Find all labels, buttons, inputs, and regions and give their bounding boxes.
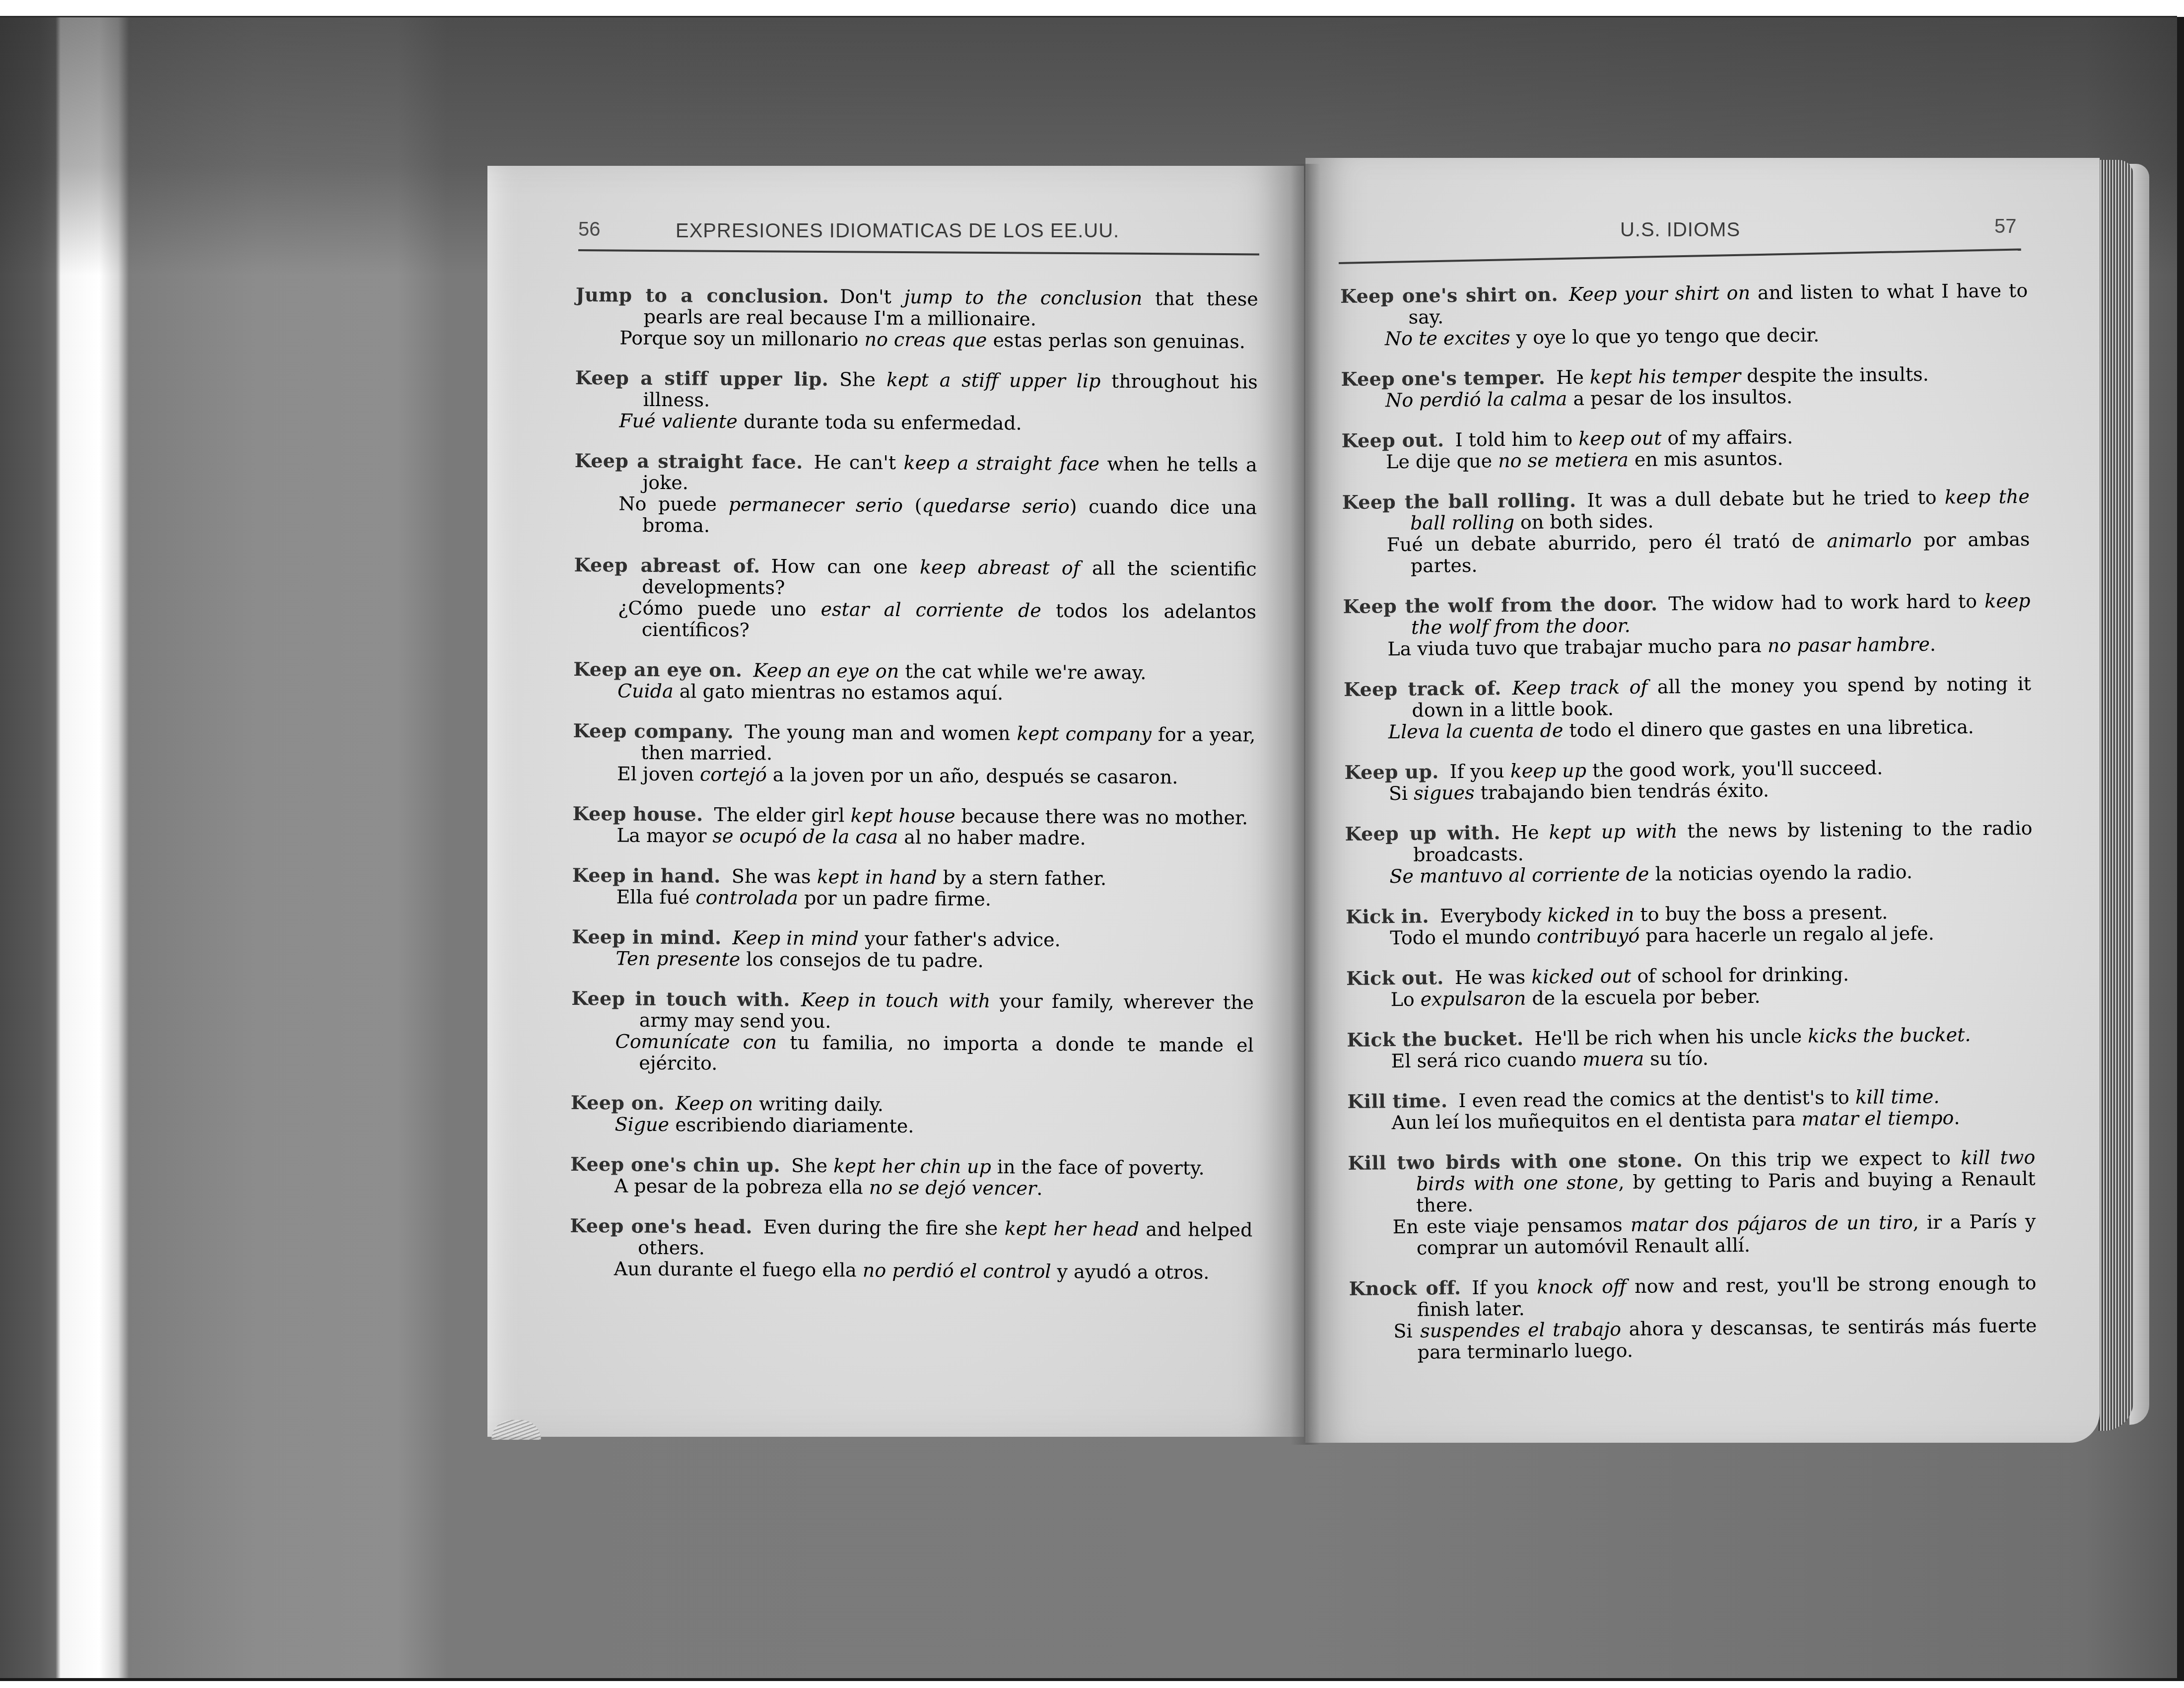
spanish-idiom-italic: no se dejó vencer (869, 1177, 1037, 1199)
english-idiom-italic: keep out (1578, 427, 1661, 449)
idiom-headword: Keep one's head. (570, 1214, 752, 1238)
spanish-text: en mis asuntos. (1629, 447, 1783, 471)
idiom-headword: Keep one's temper. (1341, 366, 1545, 390)
spanish-text: trabajando bien tendrás éxito. (1474, 779, 1769, 803)
spanish-translation: Ten presente los consejos de tu padre. (572, 948, 1254, 973)
spanish-text: y ayudó a otros. (1051, 1261, 1209, 1283)
english-text: Everybody (1440, 904, 1548, 927)
dictionary-entry: Kick the bucket.He'll be rich when his u… (1347, 1023, 2035, 1072)
idiom-headword: Keep abreast of. (574, 554, 760, 577)
spanish-idiom-italic: No te excites (1385, 327, 1510, 350)
dictionary-entry: Keep one's shirt on.Keep your shirt on a… (1340, 280, 2028, 350)
idiom-headword: Knock off. (1349, 1276, 1461, 1300)
dictionary-entry: Keep a straight face.He can't keep a str… (574, 450, 1257, 540)
english-text: The young man and women (745, 721, 1017, 744)
english-idiom-italic: keep a straight face (904, 452, 1100, 475)
dictionary-entry: Keep a stiff upper lip.She kept a stiff … (575, 367, 1258, 435)
spanish-idiom-italic: matar dos pájaros de un tiro (1631, 1211, 1913, 1236)
english-idiom-italic: kill time. (1855, 1086, 1940, 1108)
english-text: It was a dull debate but he tried to (1587, 486, 1945, 511)
english-idiom-italic: Keep in touch with (801, 989, 991, 1012)
spanish-idiom-italic: controlada (695, 886, 798, 909)
english-text: of school for drinking. (1631, 963, 1849, 987)
spanish-text: por un padre firme. (798, 887, 991, 910)
english-text: She (791, 1155, 833, 1177)
idiom-headword: Kill time. (1347, 1089, 1448, 1113)
spanish-translation: Porque soy un millonario no creas que es… (575, 327, 1258, 352)
spanish-text: y oye lo que yo tengo que decir. (1510, 324, 1819, 349)
spanish-text: estas perlas son genuinas. (987, 329, 1245, 352)
english-text: your father's advice. (859, 928, 1061, 951)
spanish-text: La mayor (616, 825, 713, 847)
dictionary-entry: Keep the wolf from the door.The widow ha… (1343, 590, 2031, 660)
spanish-idiom-italic: contribuyó (1537, 925, 1640, 948)
spanish-idiom-italic: estar al corriente de (820, 598, 1041, 622)
spanish-idiom-italic: Cuida (617, 680, 674, 703)
dictionary-entry: Keep the ball rolling.It was a dull deba… (1342, 486, 2030, 577)
english-idiom-italic: kept his temper (1590, 365, 1741, 388)
spanish-idiom-italic: muera (1582, 1048, 1644, 1070)
spanish-translation: La mayor se ocupó de la casa al no haber… (572, 825, 1255, 850)
idiom-headword: Kill two birds with one stone. (1348, 1149, 1683, 1174)
idiom-headword: Keep one's chin up. (570, 1153, 780, 1177)
spanish-translation: Fué un debate aburrido, pero él trató de… (1342, 529, 2030, 577)
english-example: Keep abreast of.How can one keep abreast… (574, 554, 1257, 601)
spanish-text: durante toda su enfermedad. (738, 411, 1022, 434)
spanish-text: La viuda tuvo que trabajar mucho para (1387, 635, 1768, 660)
spanish-text: escribiendo diariamente. (669, 1114, 914, 1137)
spanish-text: . (1930, 633, 1936, 655)
english-example: Jump to a conclusion.Don't jump to the c… (575, 284, 1258, 331)
dictionary-entry: Keep on.Keep on writing daily.Sigue escr… (571, 1092, 1254, 1139)
idiom-headword: Keep a straight face. (575, 449, 803, 473)
dictionary-entry: Kill two birds with one stone.On this tr… (1348, 1146, 2036, 1260)
dictionary-entry: Keep one's temper.He kept his temper des… (1341, 362, 2029, 412)
spanish-idiom-italic: no perdió el control (863, 1260, 1051, 1282)
english-text: on both sides. (1514, 510, 1654, 533)
spanish-text: para hacerle un regalo al jefe. (1639, 922, 1934, 947)
english-example: Keep a straight face.He can't keep a str… (574, 450, 1257, 497)
spanish-idiom-italic: expulsaron (1421, 987, 1526, 1010)
spanish-text: ( (903, 494, 922, 516)
dictionary-entry: Keep out.I told him to keep out of my af… (1342, 424, 2030, 473)
idiom-headword: Keep company. (573, 719, 734, 743)
dictionary-entry: Keep in mind.Keep in mind your father's … (572, 926, 1255, 973)
page-stack (2099, 160, 2133, 1431)
english-text: On this trip we expect to (1694, 1147, 1961, 1171)
spanish-text: a la joven por un año, después se casaro… (767, 764, 1178, 788)
english-idiom-italic: kept her chin up (833, 1155, 991, 1178)
english-idiom-italic: Keep an eye on (753, 659, 899, 682)
english-idiom-italic: kept up with (1549, 820, 1677, 843)
spanish-translation: Cuida al gato mientras no estamos aquí. (573, 680, 1256, 705)
english-example: Keep the ball rolling.It was a dull deba… (1342, 486, 2030, 535)
english-example: Keep track of.Keep track of all the mone… (1344, 673, 2032, 722)
english-idiom-italic: knock off (1537, 1275, 1627, 1298)
idiom-headword: Keep in hand. (572, 864, 721, 887)
spanish-text: ¿Cómo puede uno (618, 597, 821, 620)
english-text: The elder girl (714, 804, 850, 827)
english-example: Keep in touch with.Keep in touch with yo… (571, 987, 1254, 1035)
spanish-idiom-italic: no se metiera (1498, 449, 1629, 472)
spanish-text: En este viaje pensamos (1392, 1214, 1631, 1238)
spanish-text: Si (1393, 1320, 1420, 1342)
english-idiom-italic: kicked out (1531, 965, 1631, 988)
book-gutter (1291, 164, 1320, 1445)
dictionary-entry: Kick out.He was kicked out of school for… (1346, 962, 2034, 1011)
spanish-translation: Si suspendes el trabajo ahora y descansa… (1349, 1315, 2037, 1364)
spanish-idiom-italic: cortejó (700, 764, 767, 786)
running-head-right: U.S. IDIOMS (1601, 219, 1760, 241)
spanish-translation: En este viaje pensamos matar dos pájaros… (1348, 1211, 2036, 1260)
english-text: of my affairs. (1661, 426, 1793, 449)
spanish-idiom-italic: Comunícate con (615, 1031, 777, 1054)
english-example: Keep a stiff upper lip.She kept a stiff … (575, 367, 1258, 414)
english-text: the good work, you'll succeed. (1586, 757, 1883, 781)
idiom-headword: Keep one's shirt on. (1340, 283, 1558, 307)
spanish-idiom-italic: Sigue (615, 1114, 670, 1136)
english-idiom-italic: kicked in (1547, 904, 1634, 926)
english-text: in the face of poverty. (991, 1156, 1205, 1179)
spanish-translation: ¿Cómo puede uno estar al corriente de to… (574, 597, 1256, 644)
spanish-idiom-italic: no pasar hambre (1768, 633, 1930, 657)
spanish-text: Porque soy un millonario (619, 327, 864, 351)
spanish-idiom-italic: quedarse serio (922, 494, 1069, 517)
english-text: The widow had to work hard to (1668, 590, 1984, 615)
spanish-translation: Aun durante el fuego ella no perdió el c… (570, 1258, 1252, 1283)
english-idiom-italic: Keep your shirt on (1569, 282, 1751, 305)
english-text: by a stern father. (937, 866, 1106, 889)
idiom-headword: Keep an eye on. (573, 658, 742, 681)
dictionary-entry: Keep one's head.Even during the fire she… (570, 1215, 1253, 1283)
idiom-headword: Keep track of. (1344, 677, 1501, 701)
spanish-text: Ella fué (616, 886, 695, 909)
english-idiom-italic: kept her head (1005, 1217, 1139, 1240)
english-text: She was (732, 865, 817, 888)
english-example: Keep company.The young man and women kep… (573, 720, 1256, 767)
english-example: Keep the wolf from the door.The widow ha… (1343, 590, 2031, 639)
english-text: Even during the fire she (763, 1216, 1005, 1239)
idiom-headword: Keep in mind. (572, 925, 722, 949)
spanish-text: de la escuela por beber. (1526, 985, 1760, 1009)
english-text: He (1511, 821, 1549, 844)
english-idiom-italic: kept company (1017, 722, 1152, 745)
idiom-headword: Kick the bucket. (1347, 1027, 1524, 1051)
spanish-text: No puede (618, 493, 729, 515)
page-number-right: 57 (1994, 215, 2017, 238)
dictionary-entry: Keep in hand.She was kept in hand by a s… (572, 864, 1255, 912)
page-number-left: 56 (578, 218, 601, 241)
spanish-translation: No puede permanecer serio (quedarse seri… (574, 493, 1257, 540)
spanish-text: los consejos de tu padre. (740, 948, 984, 972)
spanish-idiom-italic: permanecer serio (729, 493, 903, 516)
idiom-headword: Keep in touch with. (571, 987, 790, 1011)
english-example: Keep up with.He kept up with the news by… (1345, 817, 2033, 866)
english-text: because there was no mother. (955, 805, 1248, 829)
idiom-headword: Keep house. (572, 802, 703, 826)
idiom-headword: Kick in. (1346, 905, 1429, 927)
idiom-headword: Keep the ball rolling. (1342, 489, 1576, 513)
english-text: I told him to (1455, 428, 1578, 451)
spanish-translation: Sigue escribiendo diariamente. (571, 1114, 1253, 1139)
idiom-headword: Kick out. (1346, 966, 1444, 989)
spanish-translation: Ella fué controlada por un padre firme. (572, 886, 1254, 912)
english-idiom-italic: kept in hand (817, 866, 937, 888)
dictionary-entry: Kill time.I even read the comics at the … (1347, 1085, 2035, 1134)
english-example: Keep one's head.Even during the fire she… (570, 1215, 1253, 1262)
spanish-text: Si (1389, 782, 1414, 804)
spanish-text: A pesar de la pobreza ella (614, 1175, 869, 1198)
running-head-left: EXPRESIONES IDIOMATICAS DE LOS EE.UU. (676, 220, 1172, 242)
scan-right-edge (2177, 17, 2184, 1678)
spanish-text: Lo (1390, 988, 1421, 1011)
english-text: If you (1472, 1276, 1537, 1299)
spanish-text: Aun durante el fuego ella (614, 1258, 863, 1281)
spanish-idiom-italic: Lleva la cuenta de (1388, 719, 1564, 743)
english-text: the cat while we're away. (899, 660, 1146, 684)
spanish-text: a pesar de los insultos. (1567, 386, 1792, 410)
left-page-entries: Jump to a conclusion.Don't jump to the c… (570, 284, 1258, 1302)
spanish-idiom-italic: Ten presente (616, 948, 741, 971)
spanish-idiom-italic: animarlo (1827, 529, 1912, 552)
spanish-idiom-italic: sigues (1414, 782, 1475, 804)
english-example: Kill two birds with one stone.On this tr… (1348, 1146, 2036, 1217)
dictionary-entry: Knock off.If you knock off now and rest,… (1349, 1272, 2037, 1364)
english-text: all the money you spend by noting it dow… (1412, 673, 2031, 721)
spanish-text: . (1036, 1178, 1042, 1199)
spanish-text: Le dije que (1386, 450, 1498, 473)
dictionary-entry: Kick in.Everybody kicked in to buy the b… (1346, 900, 2034, 949)
idiom-headword: Keep a stiff upper lip. (575, 366, 829, 390)
spanish-text: Fué un debate aburrido, pero él trató de (1386, 530, 1827, 556)
idiom-headword: Jump to a conclusion. (576, 283, 829, 307)
spanish-idiom-italic: Fué valiente (619, 410, 738, 432)
dictionary-entry: Keep house.The elder girl kept house bec… (572, 803, 1255, 850)
english-idiom-italic: kept house (850, 804, 955, 827)
spanish-idiom-italic: suspendes el trabajo (1420, 1318, 1621, 1342)
spanish-text: su tío. (1644, 1048, 1708, 1070)
spanish-text: todo el dinero que gastes en una libreti… (1563, 716, 1974, 741)
idiom-headword: Keep the wolf from the door. (1343, 592, 1657, 618)
english-text: He can't (814, 451, 903, 474)
spanish-idiom-italic: matar el tiempo (1801, 1107, 1954, 1130)
english-text: Don't (840, 285, 904, 308)
english-idiom-italic: jump to the conclusion (904, 286, 1142, 309)
english-text: writing daily. (753, 1093, 884, 1116)
english-idiom-italic: kicks the bucket. (1808, 1024, 1971, 1047)
dictionary-entry: Keep track of.Keep track of all the mone… (1344, 673, 2032, 743)
dictionary-entry: Keep up with.He kept up with the news by… (1345, 817, 2033, 888)
english-idiom-italic: kept a stiff upper lip (887, 369, 1101, 392)
dictionary-entry: Keep company.The young man and women kep… (573, 720, 1256, 788)
idiom-headword: Keep out. (1342, 428, 1444, 452)
spanish-text: la noticias oyendo la radio. (1649, 861, 1912, 885)
spanish-text: Todo el mundo (1390, 926, 1537, 949)
scan-bottom-edge (0, 1678, 2184, 1681)
english-idiom-italic: keep abreast of (920, 556, 1080, 579)
spanish-idiom-italic: se ocupó de la casa (712, 825, 898, 848)
spanish-idiom-italic: Se mantuvo al corriente de (1389, 863, 1649, 888)
english-text: How can one (771, 555, 920, 578)
dictionary-entry: Jump to a conclusion.Don't jump to the c… (575, 284, 1258, 352)
spanish-text: al no haber madre. (898, 826, 1086, 849)
english-idiom-italic: Keep in mind (732, 927, 859, 950)
scan-top-edge (0, 16, 2177, 17)
dictionary-entry: Keep abreast of.How can one keep abreast… (574, 554, 1257, 644)
spanish-idiom-italic: no creas que (864, 329, 987, 352)
english-text: the news by listening to the radio broad… (1413, 817, 2033, 866)
english-idiom-italic: keep up (1510, 760, 1587, 782)
idiom-headword: Keep up with. (1345, 821, 1501, 845)
spanish-translation: El joven cortejó a la joven por un año, … (573, 763, 1255, 788)
english-text: She (839, 368, 887, 391)
spanish-translation: Comunícate con tu familia, no importa a … (571, 1031, 1253, 1077)
dictionary-entry: Keep an eye on.Keep an eye on the cat wh… (573, 658, 1256, 705)
spanish-translation: A pesar de la pobreza ella no se dejó ve… (570, 1175, 1253, 1200)
dictionary-entry: Keep up.If you keep up the good work, yo… (1344, 756, 2032, 805)
english-text: He'll be rich when his uncle (1534, 1025, 1808, 1050)
spanish-translation: Fué valiente durante toda su enfermedad. (575, 410, 1257, 435)
dictionary-entry: Keep in touch with.Keep in touch with yo… (571, 987, 1254, 1077)
english-text: to buy the boss a present. (1634, 901, 1888, 925)
english-text: If you (1450, 760, 1510, 782)
right-page-entries: Keep one's shirt on.Keep your shirt on a… (1340, 280, 2037, 1382)
dictionary-entry: Keep one's chin up.She kept her chin up … (570, 1153, 1253, 1200)
idiom-headword: Keep on. (571, 1091, 665, 1114)
spanish-text: El joven (617, 763, 700, 785)
spanish-idiom-italic: No perdió la calma (1385, 388, 1568, 411)
spanish-text: Aun leí los muñequitos en el dentista pa… (1392, 1108, 1802, 1133)
english-text: He (1556, 366, 1590, 389)
spanish-text: El será rico cuando (1391, 1049, 1582, 1072)
spanish-text: . (1954, 1107, 1960, 1128)
english-text: despite the insults. (1741, 363, 1929, 387)
idiom-headword: Keep up. (1344, 760, 1439, 783)
english-example: Knock off.If you knock off now and rest,… (1349, 1272, 2037, 1321)
spanish-text: al gato mientras no estamos aquí. (674, 680, 1004, 704)
english-idiom-italic: Keep on (676, 1092, 753, 1115)
english-idiom-italic: Keep track of (1512, 676, 1648, 699)
english-text: He was (1455, 966, 1532, 988)
english-example: Keep one's shirt on.Keep your shirt on a… (1340, 280, 2028, 329)
